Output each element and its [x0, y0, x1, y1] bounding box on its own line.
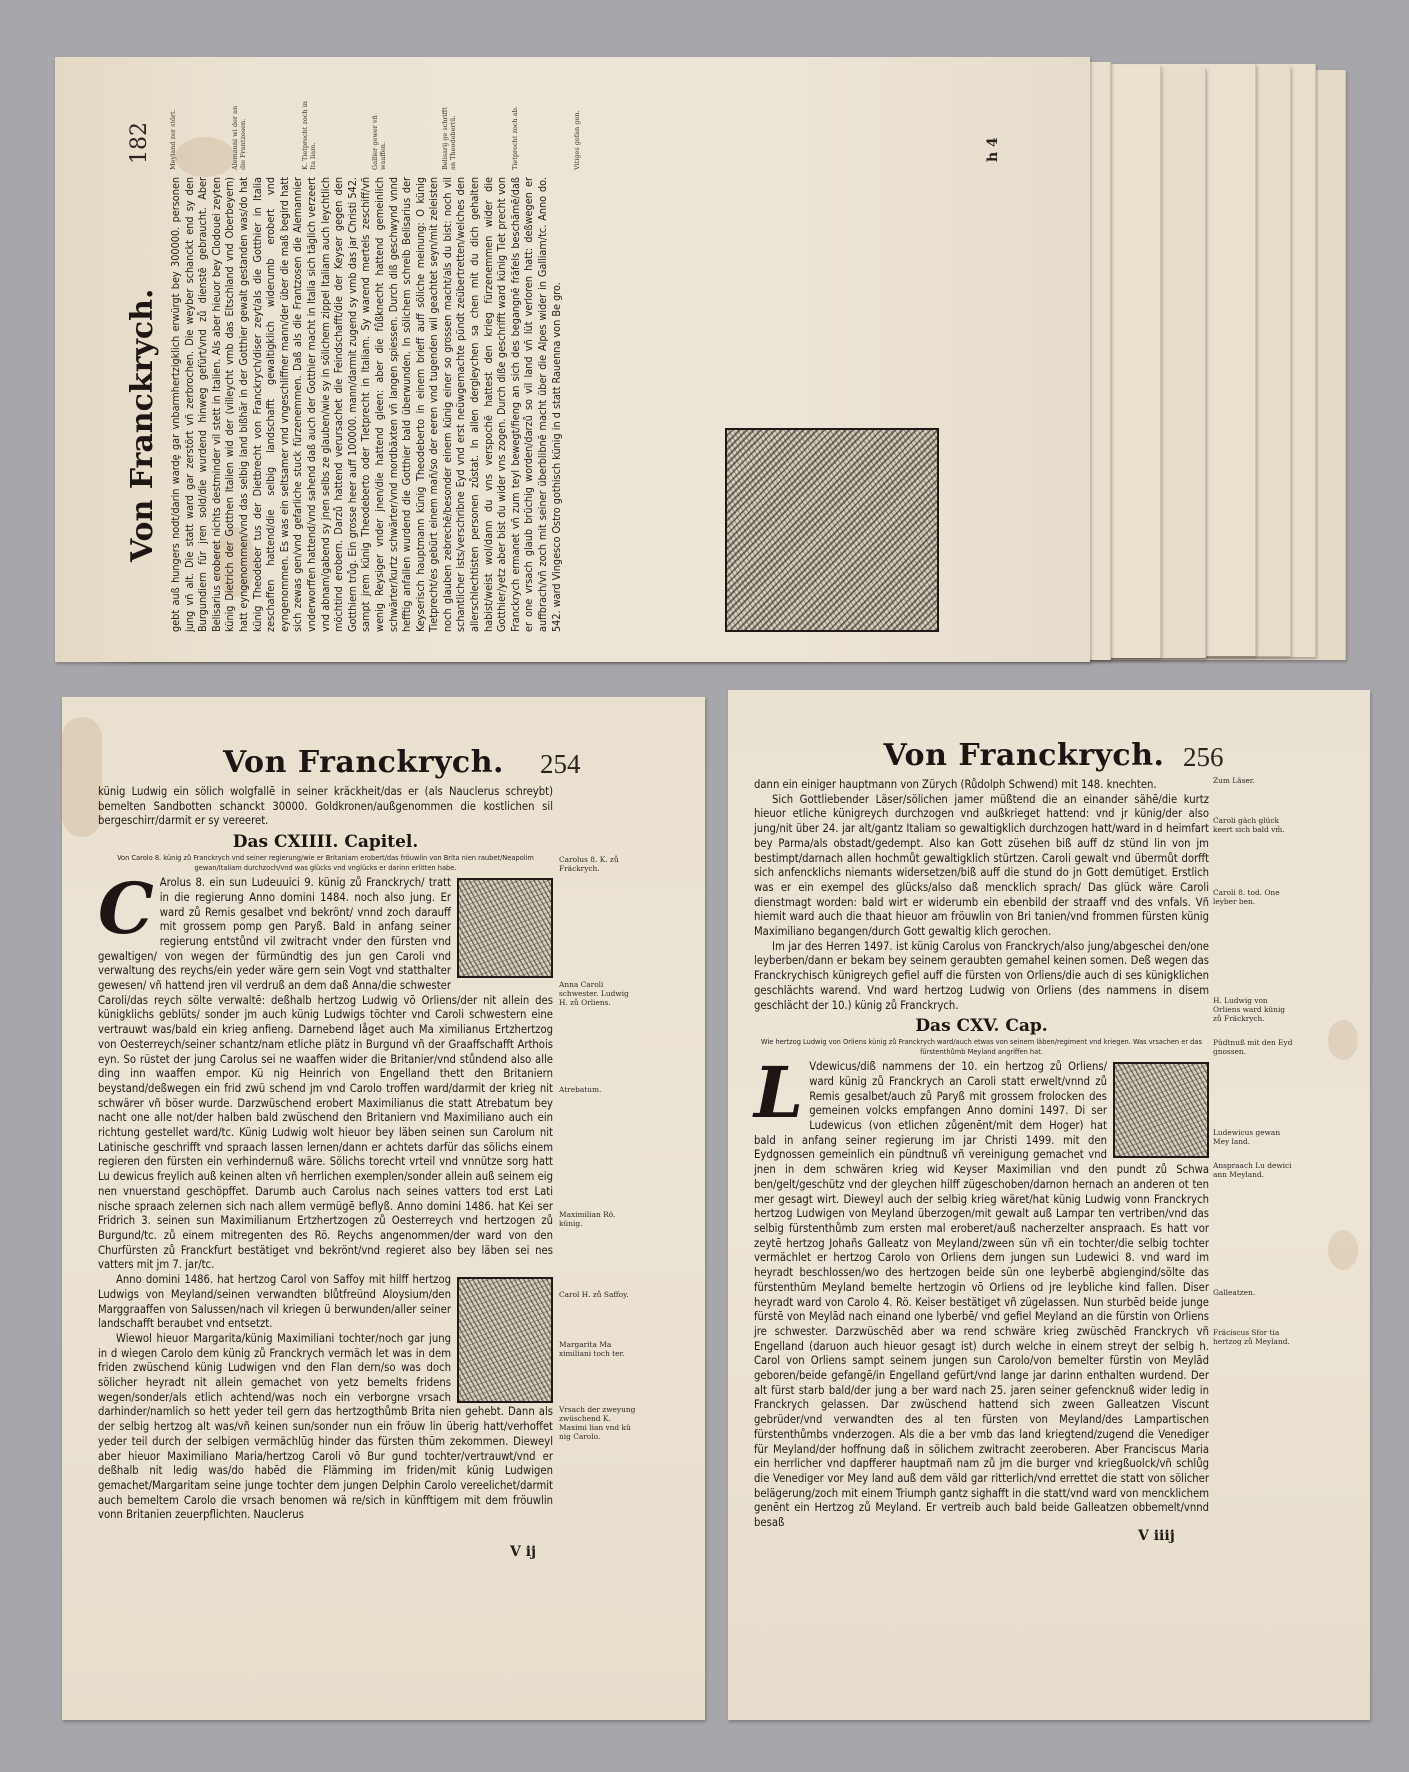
margin-note: Tietprecht zoch ab. — [511, 98, 519, 170]
chapter-summary: Wie hertzog Ludwig von Orliens künig zů … — [754, 1037, 1209, 1056]
page-number: 254 — [540, 749, 581, 780]
margin-note: Carol H. zů Saffoy. — [559, 1290, 639, 1299]
page-number: 256 — [1183, 742, 1224, 773]
margin-note: Vrsach der zweyung zwüschend K. Maximi l… — [559, 1405, 639, 1441]
margin-note: Carolus 8. K. zů Fräckrych. — [559, 855, 639, 873]
page-256: Von Franckrych. 256 dann ein einiger hau… — [728, 690, 1370, 1720]
paper-stain — [1328, 1020, 1358, 1060]
page-title: Von Franckrych. — [678, 738, 1370, 773]
dropcap-initial: C — [98, 878, 154, 940]
woodcut-portrait-carolus — [457, 878, 553, 978]
paragraph: Sich Gottliebender Läser/sölichen jamer … — [754, 793, 1209, 940]
margin-note: Anspraach Lu dewici ann Meyland. — [1213, 1161, 1293, 1179]
page-254: Von Franckrych. 254 künig Ludwig ein söl… — [62, 697, 705, 1720]
woodcut-portrait-carol-saffoy — [457, 1277, 553, 1403]
paragraph: Im jar des Herren 1497. ist künig Carolu… — [754, 940, 1209, 1014]
page-number: 182 — [127, 122, 152, 164]
margin-note: Vitiges gefan gen. — [573, 98, 581, 170]
paragraph: dann ein einiger hauptmann von Zürych (R… — [754, 778, 1209, 793]
page-signature: V ij — [510, 1544, 536, 1560]
paper-stain — [1328, 1230, 1358, 1270]
margin-note: Atrebatum. — [559, 1085, 639, 1094]
page-body: künig Ludwig ein sölich wolgfallē in sei… — [98, 785, 553, 1523]
margin-notes: Meyland zer stört. Alemanni wi der an di… — [169, 98, 635, 170]
chapter-heading: Das CXV. Cap. — [754, 1015, 1209, 1037]
woodcut-portrait-ludwig — [1113, 1062, 1209, 1158]
chapter-heading: Das CXIIII. Capitel. — [98, 831, 553, 853]
margin-note: Gallier gewer vñ waaffen. — [371, 98, 387, 170]
margin-note: Ludewicus gewan Mey land. — [1213, 1128, 1293, 1146]
margin-note: K. Tietprecht zoch in Ita liam. — [301, 98, 317, 170]
dropcap-initial: L — [754, 1062, 803, 1124]
margin-note: Fräciscus Sfor tia hertzog zů Meyland. — [1213, 1328, 1293, 1346]
intro-text: künig Ludwig ein sölich wolgfallē in sei… — [98, 785, 553, 829]
margin-note: Meyland zer stört. — [169, 98, 177, 170]
chapter-summary: Von Carolo 8. künig zů Franckrych vnd se… — [98, 853, 553, 872]
page-signature: V iiij — [1138, 1528, 1175, 1544]
page-body: dann ein einiger hauptmann von Zürych (R… — [754, 778, 1209, 1531]
rotated-content: Von Franckrych. 182 gebt auß hungers nod… — [125, 92, 1030, 632]
margin-note: Alemanni wi der an die Frantzosen. — [231, 98, 247, 170]
page-signature: h 4 — [985, 137, 1001, 162]
margin-note: Margarita Ma ximiliani toch ter. — [559, 1340, 639, 1358]
page-body-text: gebt auß hungers nodt/darin wardȩ gar vn… — [169, 177, 563, 632]
page-title: Von Franckrych. — [125, 22, 160, 632]
margin-note: Maximilian Rö. künig. — [559, 1210, 639, 1228]
page-title: Von Franckrych. — [22, 745, 705, 780]
margin-note: Püdtnuß mit den Eyd gnossen. — [1213, 1038, 1293, 1056]
margin-note: H. Ludwig von Orliens ward künig zů Fräc… — [1213, 996, 1293, 1023]
margin-note: Zum Läser. — [1213, 776, 1293, 785]
margin-note: Belisarij ge schrifft an Theodebertū. — [441, 98, 457, 170]
margin-note: Caroli gäch glück keert sich bald vm̄. — [1213, 816, 1293, 834]
top-rotated-page: Von Franckrych. 182 gebt auß hungers nod… — [55, 57, 1090, 662]
margin-note: Caroli 8. tod. One leyber ben. — [1213, 888, 1293, 906]
margin-note: Galleatzen. — [1213, 1288, 1293, 1297]
margin-note: Anna Caroli schwester. Ludwig H. zů Orli… — [559, 980, 639, 1007]
woodcut-battle-illustration — [725, 428, 939, 632]
